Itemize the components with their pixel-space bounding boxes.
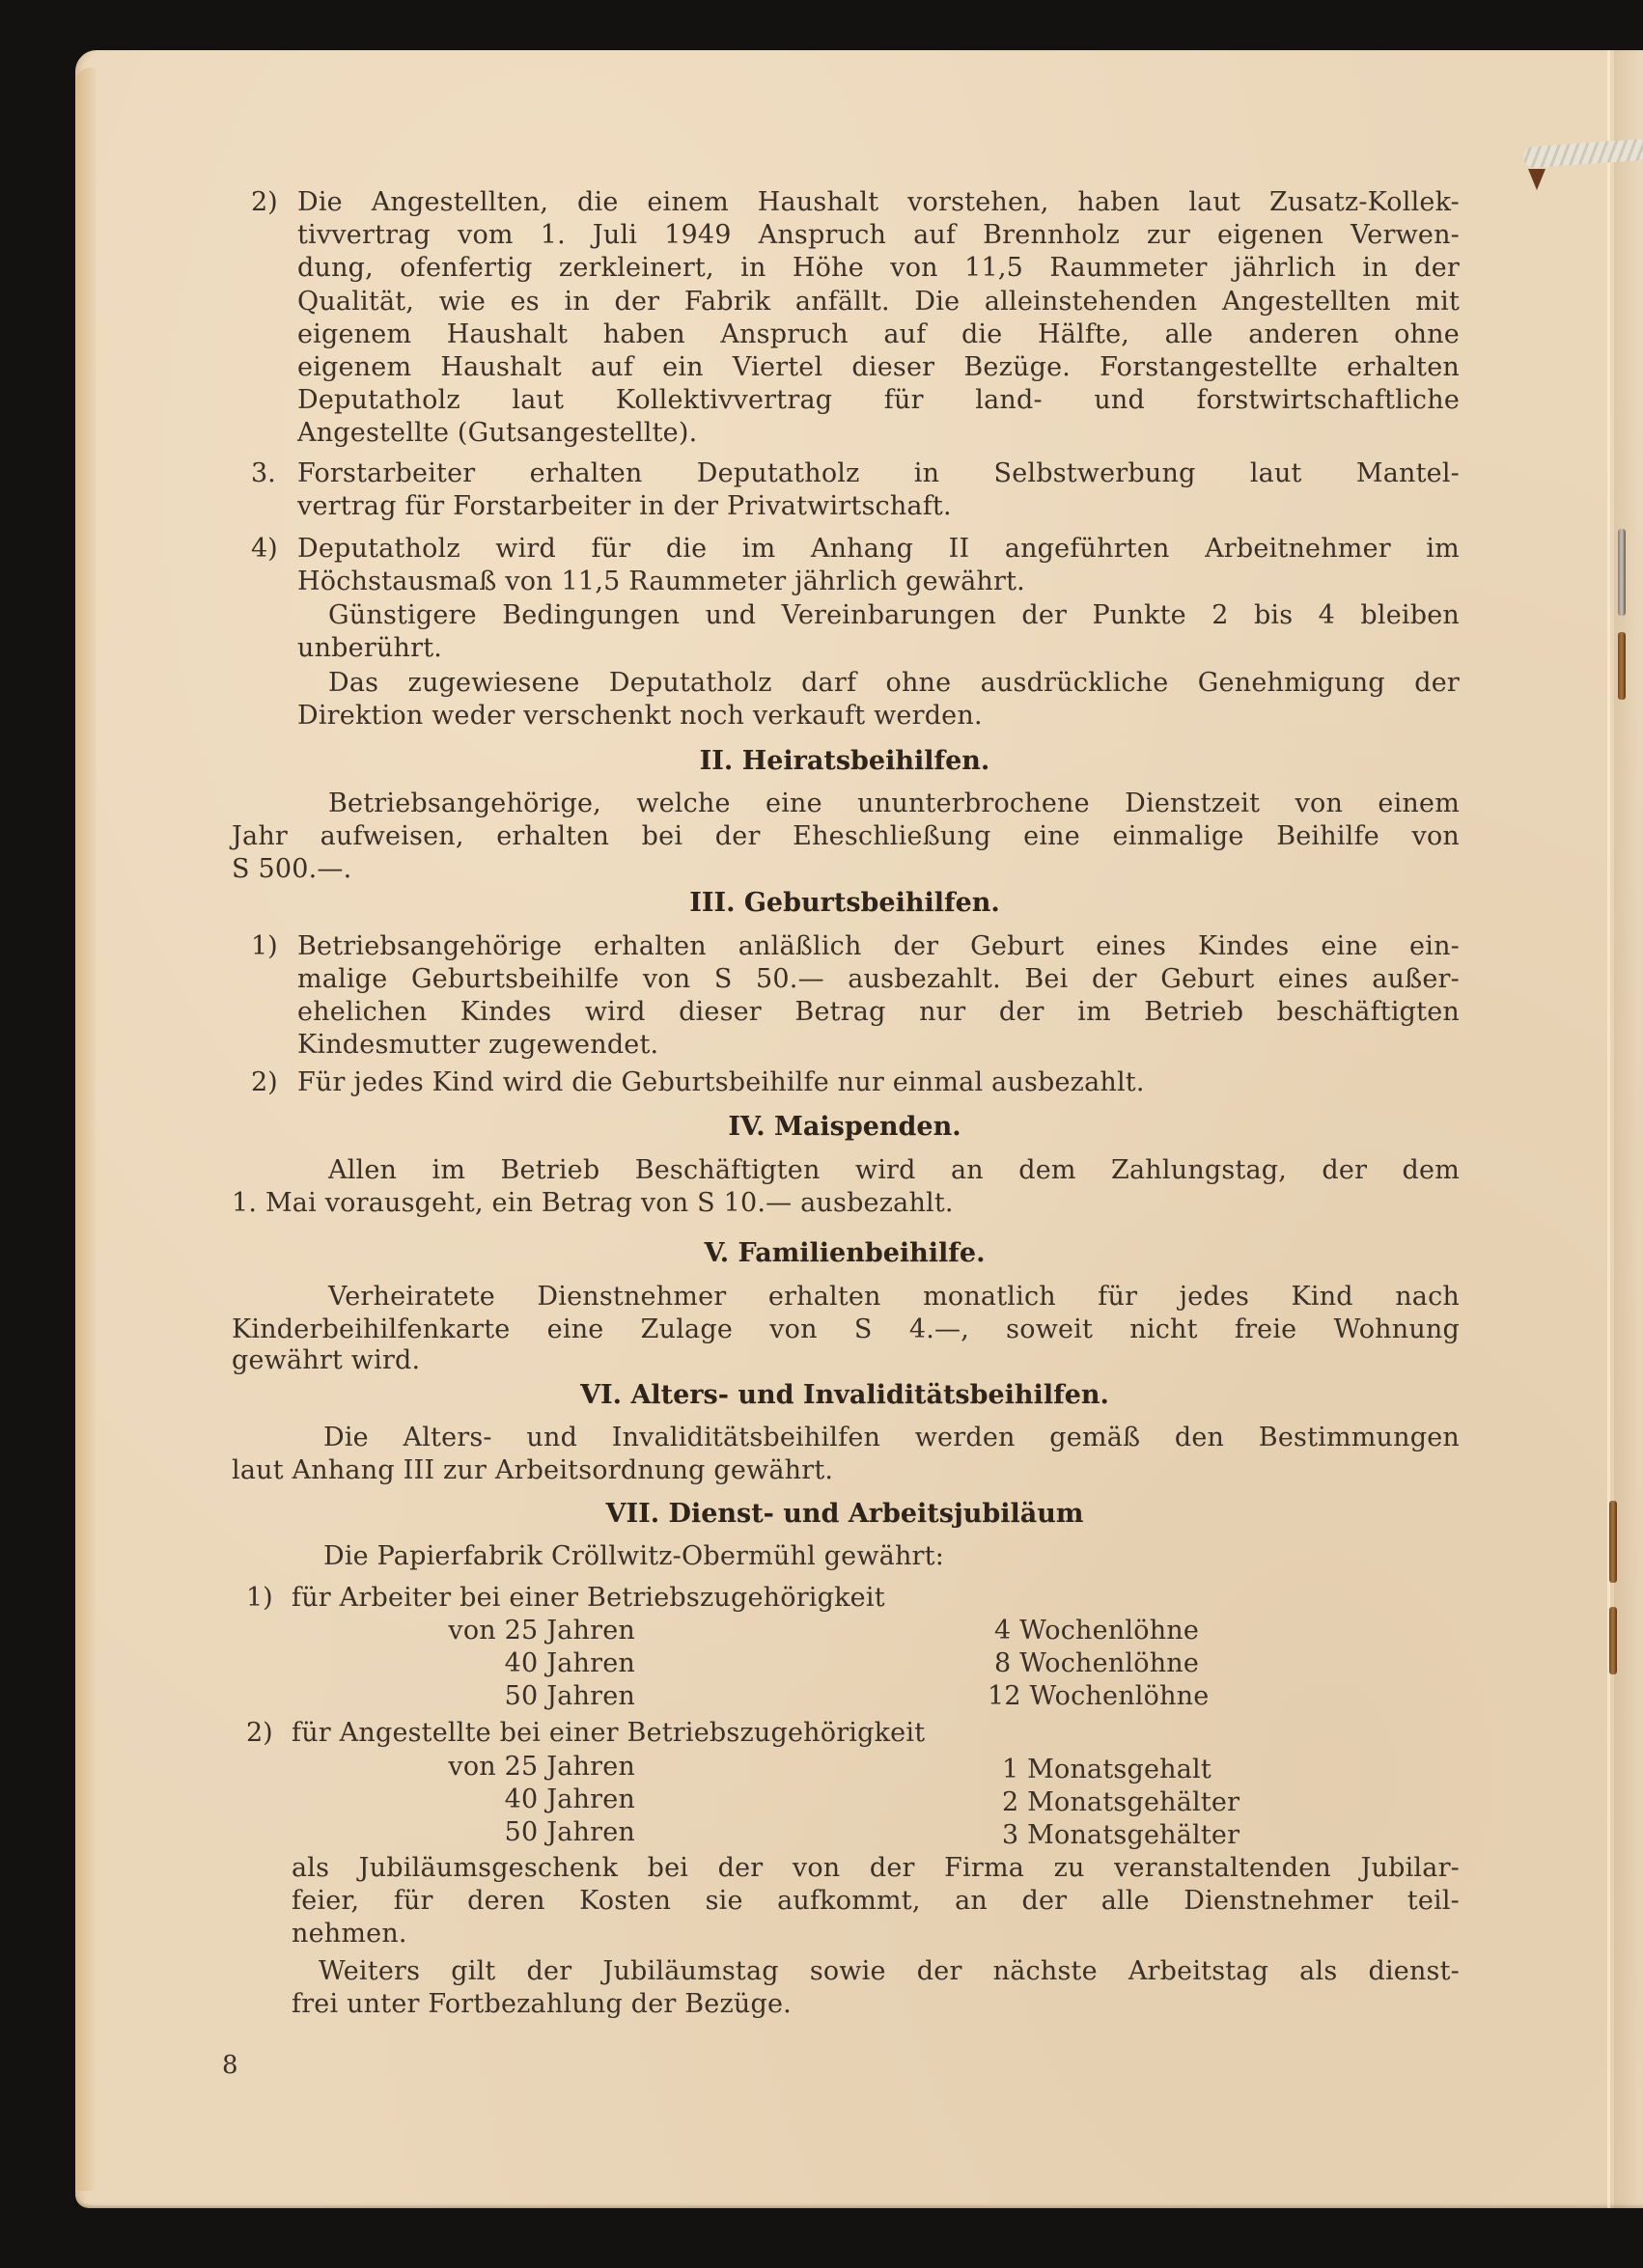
item-number: 1) [251, 931, 278, 962]
text-line: Direktion weder verschenkt noch verkauft… [297, 701, 983, 732]
years-cell: 50 Jahren [290, 1817, 635, 1848]
text-line: Günstigere Bedingungen und Vereinbarunge… [328, 600, 1460, 631]
text-line: Weiters gilt der Jubiläumstag sowie der … [319, 1956, 1460, 1987]
text-line: Kindesmutter zugewendet. [297, 1030, 658, 1061]
award-cell: 1 Monatsgehalt [1002, 1755, 1292, 1785]
text-line: dung, ofenfertig zerkleinert, in Höhe vo… [297, 253, 1460, 284]
text-line: S 500.—. [232, 854, 351, 885]
section-heading: VI. Alters- und Invaliditätsbeihilfen. [232, 1380, 1458, 1411]
text-line: Höchstausmaß von 11,5 Raummeter jährlich… [297, 567, 1025, 597]
award-cell: 2 Monatsgehälter [1002, 1787, 1292, 1818]
item-number: 1) [246, 1583, 273, 1614]
text-line: malige Geburtsbeihilfe von S 50.— ausbez… [297, 964, 1460, 995]
item-number: 3. [251, 458, 276, 489]
binding-hole [1528, 169, 1546, 190]
text-line: Forstarbeiter erhalten Deputatholz in Se… [297, 458, 1460, 489]
award-cell: 8 Wochenlöhne [994, 1648, 1236, 1679]
item-number: 2) [251, 187, 278, 218]
section-heading: IV. Maispenden. [232, 1112, 1458, 1143]
text-line: gewährt wird. [232, 1345, 420, 1376]
text-line: Qualität, wie es in der Fabrik anfällt. … [297, 287, 1460, 318]
award-cell: 4 Wochenlöhne [994, 1616, 1236, 1646]
text-line: Allen im Betrieb Beschäftigten wird an d… [328, 1155, 1460, 1186]
text-line: Jahr aufweisen, erhalten bei der Eheschl… [232, 821, 1460, 852]
item-number: 4) [251, 534, 278, 565]
text-line: tivvertrag vom 1. Juli 1949 Anspruch auf… [297, 220, 1460, 251]
text-line: laut Anhang III zur Arbeitsordnung gewäh… [232, 1455, 833, 1486]
section-heading: V. Familienbeihilfe. [232, 1238, 1458, 1269]
text-line: unberührt. [297, 633, 442, 664]
text-line: Betriebsangehörige erhalten anläßlich de… [297, 931, 1460, 962]
section-heading: II. Heiratsbeihilfen. [232, 746, 1458, 777]
years-cell: 40 Jahren [290, 1784, 635, 1815]
award-cell: 12 Wochenlöhne [988, 1681, 1236, 1712]
text-line: vertrag für Forstarbeiter in der Privatw… [297, 491, 952, 522]
page-number: 8 [222, 2051, 238, 2080]
section-heading: VII. Dienst- und Arbeitsjubiläum [232, 1499, 1458, 1530]
years-cell: von 25 Jahren [290, 1752, 635, 1783]
years-cell: von 25 Jahren [290, 1616, 635, 1646]
staple-top-upper [1618, 529, 1626, 616]
page-edge [75, 68, 97, 2191]
item-number: 2) [251, 1067, 278, 1098]
text-line: Die Alters- und Invaliditätsbeihilfen we… [323, 1423, 1460, 1453]
text-line: Die Papierfabrik Cröllwitz-Obermühl gewä… [323, 1541, 944, 1572]
item-number: 2) [246, 1718, 273, 1749]
text-line: nehmen. [292, 1919, 407, 1950]
staple-top-lower [1618, 632, 1626, 700]
text-line: Für jedes Kind wird die Geburtsbeihilfe … [297, 1067, 1145, 1098]
staple-bottom-upper [1609, 1501, 1617, 1583]
text-line: für Angestellte bei einer Betriebszugehö… [292, 1718, 925, 1749]
spine-fold [1607, 50, 1610, 2208]
text-line: Die Angestellten, die einem Haushalt vor… [297, 187, 1460, 218]
text-line: 1. Mai vorausgeht, ein Betrag von S 10.—… [232, 1188, 954, 1219]
text-line: Angestellte (Gutsangestellte). [297, 418, 697, 449]
text-line: ehelichen Kindes wird dieser Betrag nur … [297, 997, 1460, 1028]
text-line: Verheiratete Dienstnehmer erhalten monat… [328, 1282, 1460, 1313]
award-cell: 3 Monatsgehälter [1002, 1820, 1292, 1851]
text-line: Betriebsangehörige, welche eine ununterb… [328, 788, 1460, 819]
text-line: eigenem Haushalt auf ein Viertel dieser … [297, 352, 1460, 383]
text-line: Deputatholz wird für die im Anhang II an… [297, 534, 1460, 565]
years-cell: 40 Jahren [290, 1648, 635, 1679]
years-cell: 50 Jahren [290, 1681, 635, 1712]
text-line: als Jubiläumsgeschenk bei der von der Fi… [292, 1853, 1460, 1884]
text-line: Das zugewiesene Deputatholz darf ohne au… [328, 668, 1460, 699]
section-heading: III. Geburtsbeihilfen. [232, 888, 1458, 919]
spine-shadow [1614, 50, 1643, 2208]
text-line: frei unter Fortbezahlung der Bezüge. [292, 1989, 792, 2020]
staple-bottom-lower [1609, 1607, 1617, 1674]
text-line: feier, für deren Kosten sie aufkommt, an… [292, 1886, 1460, 1917]
text-line: Deputatholz laut Kollektivvertrag für la… [297, 385, 1460, 416]
text-line: Kinderbeihilfenkarte eine Zulage von S 4… [232, 1314, 1460, 1345]
text-line: für Arbeiter bei einer Betriebszugehörig… [292, 1583, 885, 1614]
text-line: eigenem Haushalt haben Anspruch auf die … [297, 319, 1460, 350]
